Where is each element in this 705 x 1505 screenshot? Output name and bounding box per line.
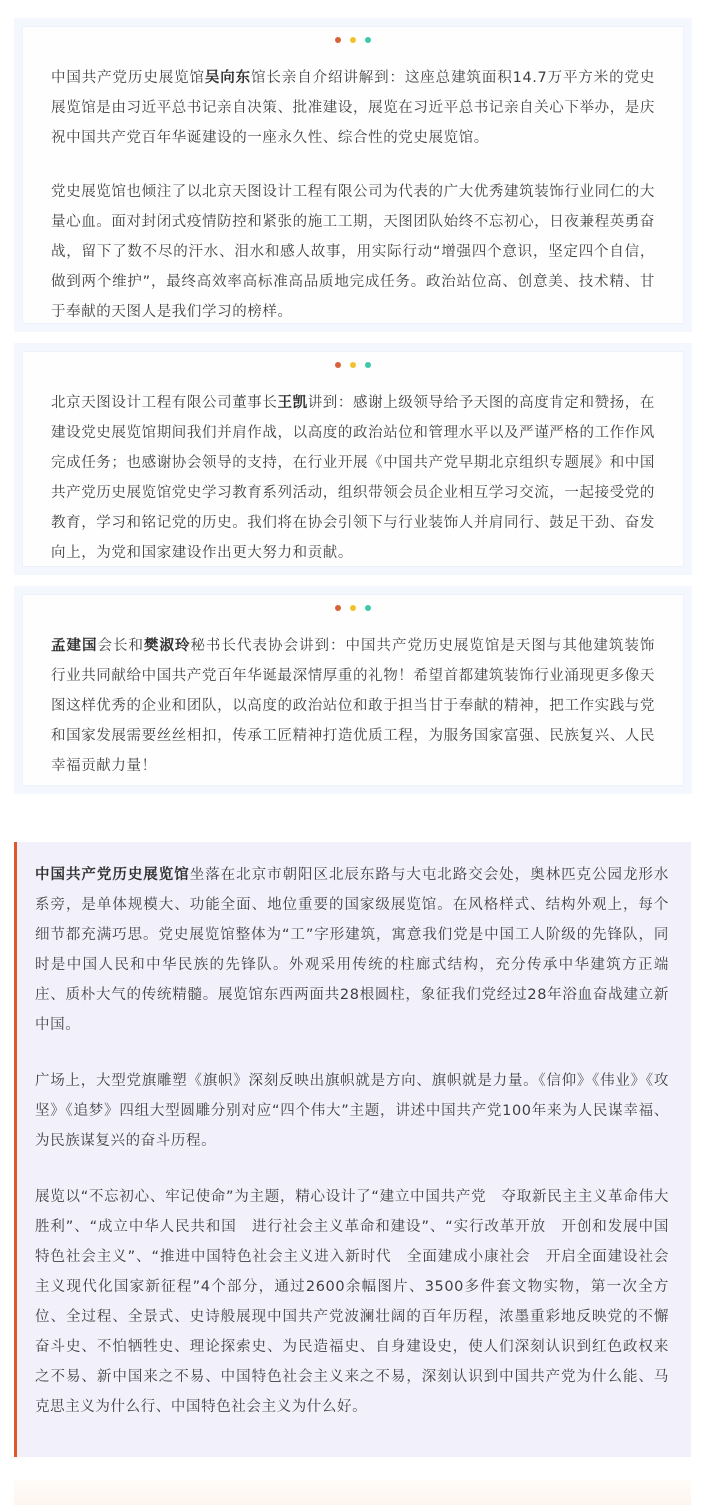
speaker-name: 吴向东 bbox=[205, 70, 251, 86]
museum-name: 中国共产党历史展览馆 bbox=[35, 867, 190, 883]
text-segment: 坐落在北京市朝阳区北辰东路与大屯北路交会处，奥林匹克公园龙形水系旁，是单体规模大… bbox=[35, 867, 669, 1033]
text-segment: 北京天图设计工程有限公司董事长 bbox=[51, 395, 278, 411]
next-section-top-strip bbox=[14, 1480, 691, 1505]
text-segment: 党史展览馆也倾注了以北京天图设计工程有限公司为代表的广大优秀建筑装饰行业同仁的大… bbox=[51, 184, 655, 320]
text-segment: 会长和 bbox=[98, 638, 145, 654]
tiantu-tribute-paragraph: 党史展览馆也倾注了以北京天图设计工程有限公司为代表的广大优秀建筑装饰行业同仁的大… bbox=[51, 177, 655, 327]
decorative-dots bbox=[51, 595, 655, 619]
plaza-sculpture-paragraph: 广场上，大型党旗雕塑《旗帜》深刻反映出旗帜就是方向、旗帜就是力量。《信仰》《伟业… bbox=[35, 1066, 669, 1156]
text-segment: 讲到：感谢上级领导给予天图的高度肯定和赞扬，在建设党史展览馆期间我们并肩作战，以… bbox=[51, 395, 655, 561]
speaker-name-secretary: 樊淑玲 bbox=[144, 638, 191, 654]
dot-red-icon bbox=[335, 605, 341, 611]
dot-teal-icon bbox=[365, 37, 371, 43]
text-segment: 秘书长代表协会讲到：中国共产党历史展览馆是天图与其他建筑装饰行业共同献给中国共产… bbox=[51, 638, 655, 774]
dot-teal-icon bbox=[365, 362, 371, 368]
decorative-dots bbox=[51, 27, 655, 51]
association-quote-paragraph: 孟建国会长和樊淑玲秘书长代表协会讲到：中国共产党历史展览馆是天图与其他建筑装饰行… bbox=[51, 631, 655, 781]
quote-card-chairman: 北京天图设计工程有限公司董事长王凯讲到：感谢上级领导给予天图的高度肯定和赞扬，在… bbox=[14, 343, 692, 575]
speaker-name-president: 孟建国 bbox=[51, 638, 98, 654]
speaker-name: 王凯 bbox=[278, 395, 308, 411]
text-segment: 展览以“不忘初心、牢记使命”为主题，精心设计了“建立中国共产党 夺取新民主主义革… bbox=[35, 1189, 669, 1415]
quote-card-inner: 北京天图设计工程有限公司董事长王凯讲到：感谢上级领导给予天图的高度肯定和赞扬，在… bbox=[22, 351, 684, 567]
dot-teal-icon bbox=[365, 605, 371, 611]
quote-card-inner: 中国共产党历史展览馆吴向东馆长亲自介绍讲解到：这座总建筑面积14.7万平方米的党… bbox=[22, 26, 684, 324]
dot-red-icon bbox=[335, 37, 341, 43]
dot-yellow-icon bbox=[350, 605, 356, 611]
quote-card-inner: 孟建国会长和樊淑玲秘书长代表协会讲到：中国共产党历史展览馆是天图与其他建筑装饰行… bbox=[22, 594, 684, 786]
museum-info-section: 中国共产党历史展览馆坐落在北京市朝阳区北辰东路与大屯北路交会处，奥林匹克公园龙形… bbox=[14, 842, 691, 1457]
curator-quote-paragraph: 中国共产党历史展览馆吴向东馆长亲自介绍讲解到：这座总建筑面积14.7万平方米的党… bbox=[51, 63, 655, 153]
quote-card-curator: 中国共产党历史展览馆吴向东馆长亲自介绍讲解到：这座总建筑面积14.7万平方米的党… bbox=[14, 18, 692, 332]
text-segment: 广场上，大型党旗雕塑《旗帜》深刻反映出旗帜就是方向、旗帜就是力量。《信仰》《伟业… bbox=[35, 1073, 669, 1149]
text-segment: 中国共产党历史展览馆 bbox=[51, 70, 205, 86]
exhibition-theme-paragraph: 展览以“不忘初心、牢记使命”为主题，精心设计了“建立中国共产党 夺取新民主主义革… bbox=[35, 1182, 669, 1422]
quote-card-association: 孟建国会长和樊淑玲秘书长代表协会讲到：中国共产党历史展览馆是天图与其他建筑装饰行… bbox=[14, 586, 692, 794]
decorative-dots bbox=[51, 352, 655, 376]
dot-yellow-icon bbox=[350, 37, 356, 43]
chairman-quote-paragraph: 北京天图设计工程有限公司董事长王凯讲到：感谢上级领导给予天图的高度肯定和赞扬，在… bbox=[51, 388, 655, 568]
museum-location-paragraph: 中国共产党历史展览馆坐落在北京市朝阳区北辰东路与大屯北路交会处，奥林匹克公园龙形… bbox=[35, 860, 669, 1040]
dot-red-icon bbox=[335, 362, 341, 368]
dot-yellow-icon bbox=[350, 362, 356, 368]
